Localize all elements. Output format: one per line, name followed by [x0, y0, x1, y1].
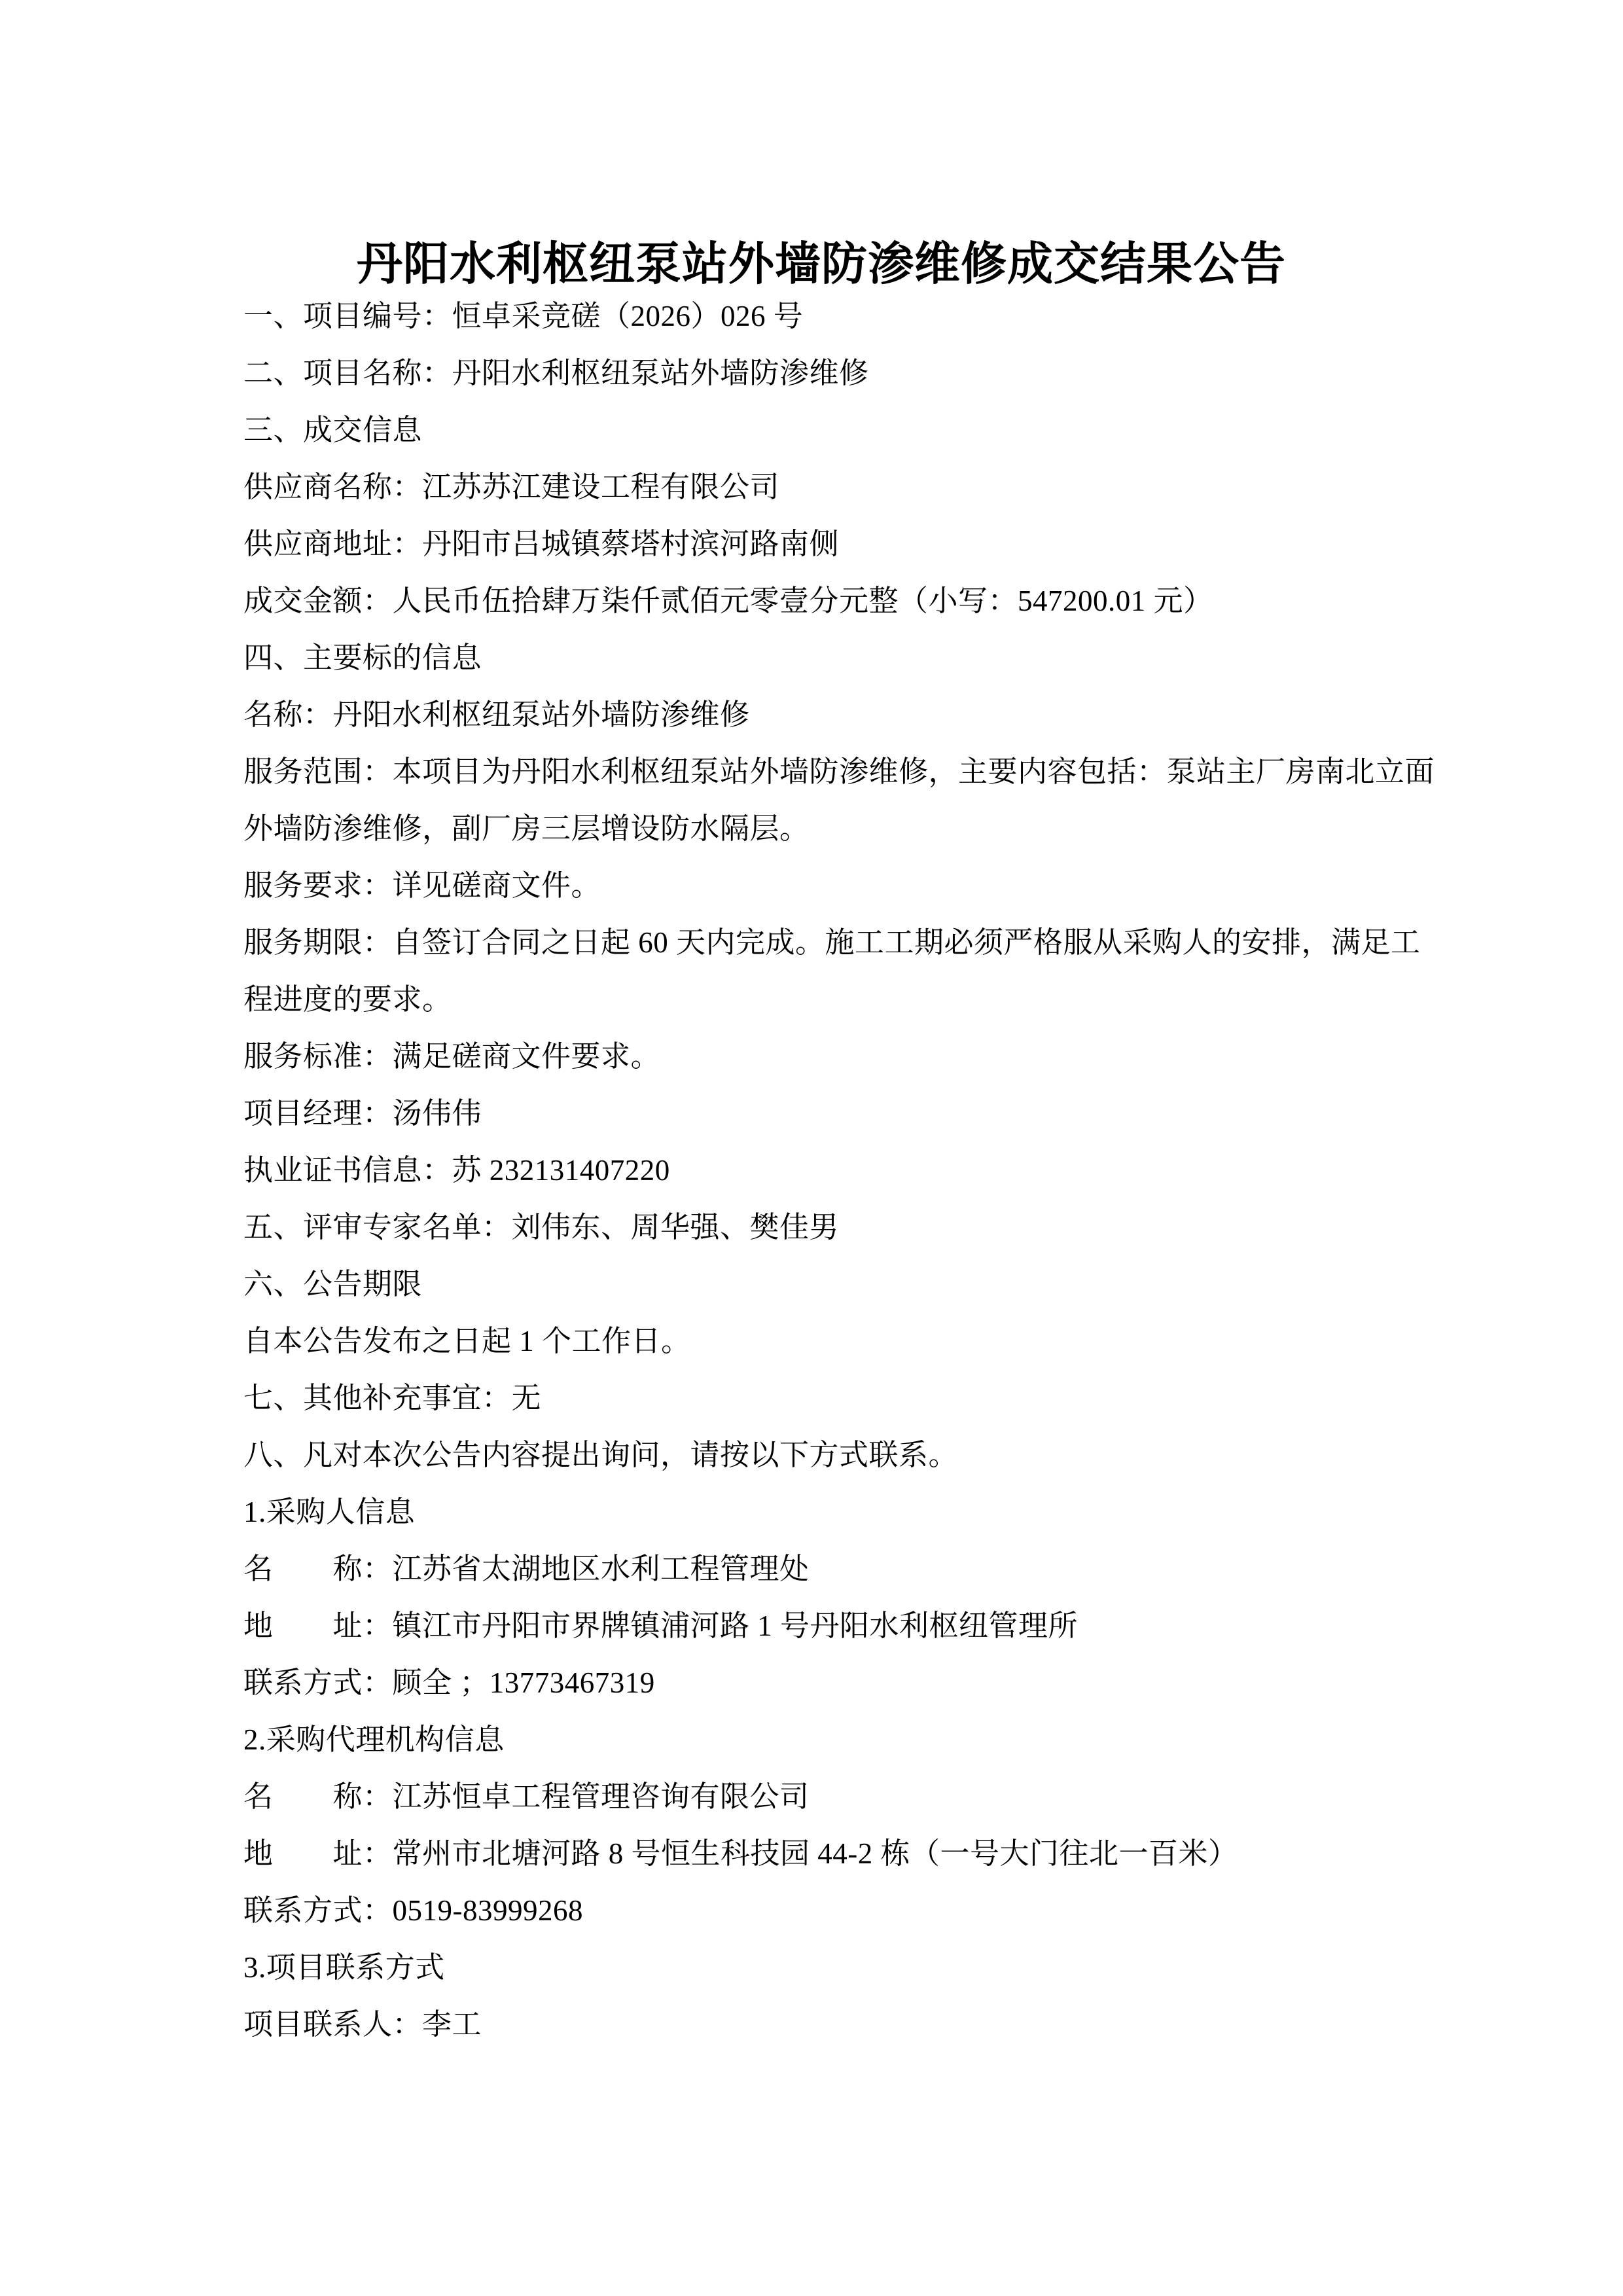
doc-line-purchaser-section: 1.采购人信息: [243, 1484, 1421, 1541]
doc-line-service-period-2: 程进度的要求。: [243, 971, 1421, 1028]
doc-line-agency-contact: 联系方式：0519-83999268: [243, 1882, 1421, 1939]
document-body: 一、项目编号：恒卓采竞磋（2026）026 号 二、项目名称：丹阳水利枢纽泵站外…: [243, 288, 1421, 2053]
doc-line-section-award-info: 三、成交信息: [243, 402, 1421, 459]
document-page: 丹阳水利枢纽泵站外墙防渗维修成交结果公告 一、项目编号：恒卓采竞磋（2026）0…: [0, 0, 1623, 2296]
doc-line-purchaser-contact: 联系方式：顾全 ；13773467319: [243, 1655, 1421, 1712]
doc-line-other-matters: 七、其他补充事宜：无: [243, 1370, 1421, 1427]
doc-line-award-amount: 成交金额：人民币伍拾肆万柒仟贰佰元零壹分元整（小写：547200.01 元）: [243, 573, 1421, 630]
doc-line-agency-section: 2.采购代理机构信息: [243, 1712, 1421, 1768]
doc-line-service-requirement: 服务要求：详见磋商文件。: [243, 857, 1421, 914]
doc-line-service-standard: 服务标准：满足磋商文件要求。: [243, 1028, 1421, 1085]
doc-line-service-scope-1: 服务范围：本项目为丹阳水利枢纽泵站外墙防渗维修，主要内容包括：泵站主厂房南北立面: [243, 744, 1421, 800]
doc-line-project-number: 一、项目编号：恒卓采竞磋（2026）026 号: [243, 288, 1421, 345]
doc-line-service-period-1: 服务期限：自签订合同之日起 60 天内完成。施工工期必须严格服从采购人的安排，满…: [243, 914, 1421, 971]
doc-line-section-notice-period: 六、公告期限: [243, 1256, 1421, 1313]
doc-line-notice-period-value: 自本公告发布之日起 1 个工作日。: [243, 1313, 1421, 1370]
doc-line-section-subject-info: 四、主要标的信息: [243, 630, 1421, 687]
doc-line-supplier-address: 供应商地址：丹阳市吕城镇蔡塔村滨河路南侧: [243, 516, 1421, 573]
doc-line-supplier-name: 供应商名称：江苏苏江建设工程有限公司: [243, 459, 1421, 516]
doc-line-purchaser-address: 地 址：镇江市丹阳市界牌镇浦河路 1 号丹阳水利枢纽管理所: [243, 1598, 1421, 1655]
doc-line-service-scope-2: 外墙防渗维修，副厂房三层增设防水隔层。: [243, 800, 1421, 857]
doc-line-project-manager: 项目经理：汤伟伟: [243, 1085, 1421, 1142]
doc-line-license-info: 执业证书信息：苏 232131407220: [243, 1142, 1421, 1199]
doc-line-inquiry-note: 八、凡对本次公告内容提出询问，请按以下方式联系。: [243, 1427, 1421, 1484]
doc-line-expert-list: 五、评审专家名单：刘伟东、周华强、樊佳男: [243, 1199, 1421, 1256]
doc-line-purchaser-name: 名 称：江苏省太湖地区水利工程管理处: [243, 1541, 1421, 1598]
doc-line-project-contact-person: 项目联系人：李工: [243, 1996, 1421, 2053]
doc-line-project-contact-section: 3.项目联系方式: [243, 1939, 1421, 1996]
doc-line-subject-name: 名称：丹阳水利枢纽泵站外墙防渗维修: [243, 687, 1421, 744]
doc-line-agency-name: 名 称：江苏恒卓工程管理咨询有限公司: [243, 1768, 1421, 1825]
doc-line-project-name: 二、项目名称：丹阳水利枢纽泵站外墙防渗维修: [243, 345, 1421, 402]
doc-line-agency-address: 地 址：常州市北塘河路 8 号恒生科技园 44-2 栋（一号大门往北一百米）: [243, 1825, 1421, 1882]
